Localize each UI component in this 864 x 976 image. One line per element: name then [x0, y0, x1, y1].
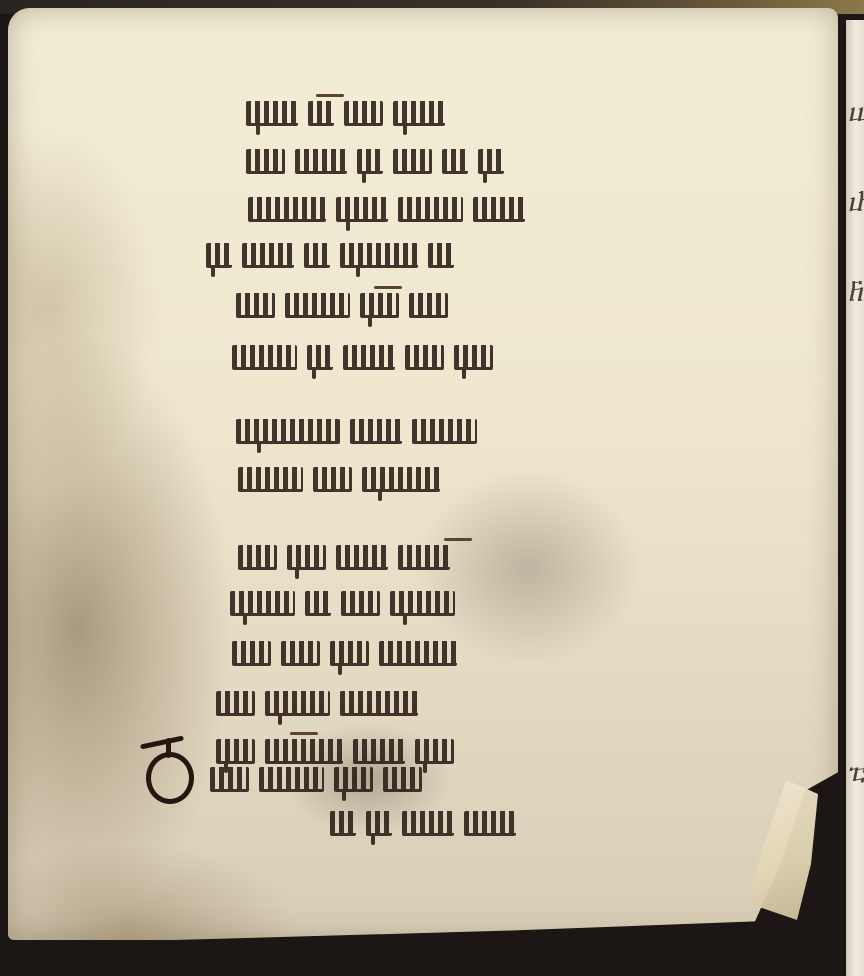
manuscript-word [238, 545, 277, 570]
manuscript-word [313, 467, 352, 492]
manuscript-line [236, 282, 448, 318]
manuscript-word [285, 293, 350, 318]
manuscript-line [216, 680, 418, 716]
manuscript-word [305, 591, 331, 616]
manuscript-word [390, 591, 455, 616]
manuscript-word [336, 197, 388, 222]
manuscript-line [232, 334, 493, 370]
manuscript-word [340, 243, 418, 268]
manuscript-word [206, 243, 232, 268]
manuscript-word [428, 243, 454, 268]
manuscript-line [230, 580, 455, 616]
manuscript-line [238, 534, 450, 570]
manuscript-word [232, 641, 271, 666]
manuscript-word [281, 641, 320, 666]
manuscript-photo: ⴓ ⴐ ⴌ ⴀ [0, 0, 864, 976]
manuscript-word [336, 545, 388, 570]
manuscript-word [344, 101, 383, 126]
manuscript-word [393, 101, 445, 126]
manuscript-word [242, 243, 294, 268]
manuscript-word [340, 691, 418, 716]
manuscript-line [246, 138, 504, 174]
manuscript-word [473, 197, 525, 222]
manuscript-line [206, 232, 454, 268]
manuscript-word [393, 149, 432, 174]
manuscript-word [246, 101, 298, 126]
manuscript-word [236, 293, 275, 318]
manuscript-word [343, 345, 395, 370]
manuscript-word [287, 545, 326, 570]
manuscript-word [330, 811, 356, 836]
manuscript-word [304, 243, 330, 268]
manuscript-word [405, 345, 444, 370]
manuscript-word [383, 767, 422, 792]
manuscript-word [454, 345, 493, 370]
manuscript-word [409, 293, 448, 318]
abbreviation-mark [374, 286, 402, 289]
manuscript-line [232, 630, 457, 666]
manuscript-word [360, 293, 399, 318]
manuscript-word [265, 691, 330, 716]
manuscript-word [236, 419, 340, 444]
abbreviation-mark [444, 538, 472, 541]
manuscript-word [232, 345, 297, 370]
manuscript-word [362, 467, 440, 492]
manuscript-word [402, 811, 454, 836]
manuscript-word [442, 149, 468, 174]
manuscript-word [464, 811, 516, 836]
manuscript-word [366, 811, 392, 836]
manuscript-word [379, 641, 457, 666]
manuscript-line [330, 800, 516, 836]
manuscript-word [246, 149, 285, 174]
manuscript-word [307, 345, 333, 370]
abbreviation-mark [290, 732, 318, 735]
manuscript-word [295, 149, 347, 174]
manuscript-line [238, 456, 440, 492]
manuscript-word [216, 691, 255, 716]
manuscript-line [248, 186, 525, 222]
manuscript-word [330, 641, 369, 666]
manuscript-word [350, 419, 402, 444]
manuscript-word [334, 767, 373, 792]
initial-letter-bowl [146, 752, 194, 804]
manuscript-line [246, 90, 445, 126]
manuscript-word [341, 591, 380, 616]
manuscript-line [236, 408, 477, 444]
manuscript-word [259, 767, 324, 792]
manuscript-text-block [0, 0, 864, 976]
abbreviation-mark [316, 94, 344, 97]
manuscript-word [478, 149, 504, 174]
manuscript-word [230, 591, 295, 616]
manuscript-word [308, 101, 334, 126]
manuscript-word [357, 149, 383, 174]
manuscript-word [210, 767, 249, 792]
manuscript-word [398, 545, 450, 570]
manuscript-word [398, 197, 463, 222]
manuscript-word [238, 467, 303, 492]
manuscript-word [248, 197, 326, 222]
manuscript-word [412, 419, 477, 444]
manuscript-line [210, 756, 422, 792]
